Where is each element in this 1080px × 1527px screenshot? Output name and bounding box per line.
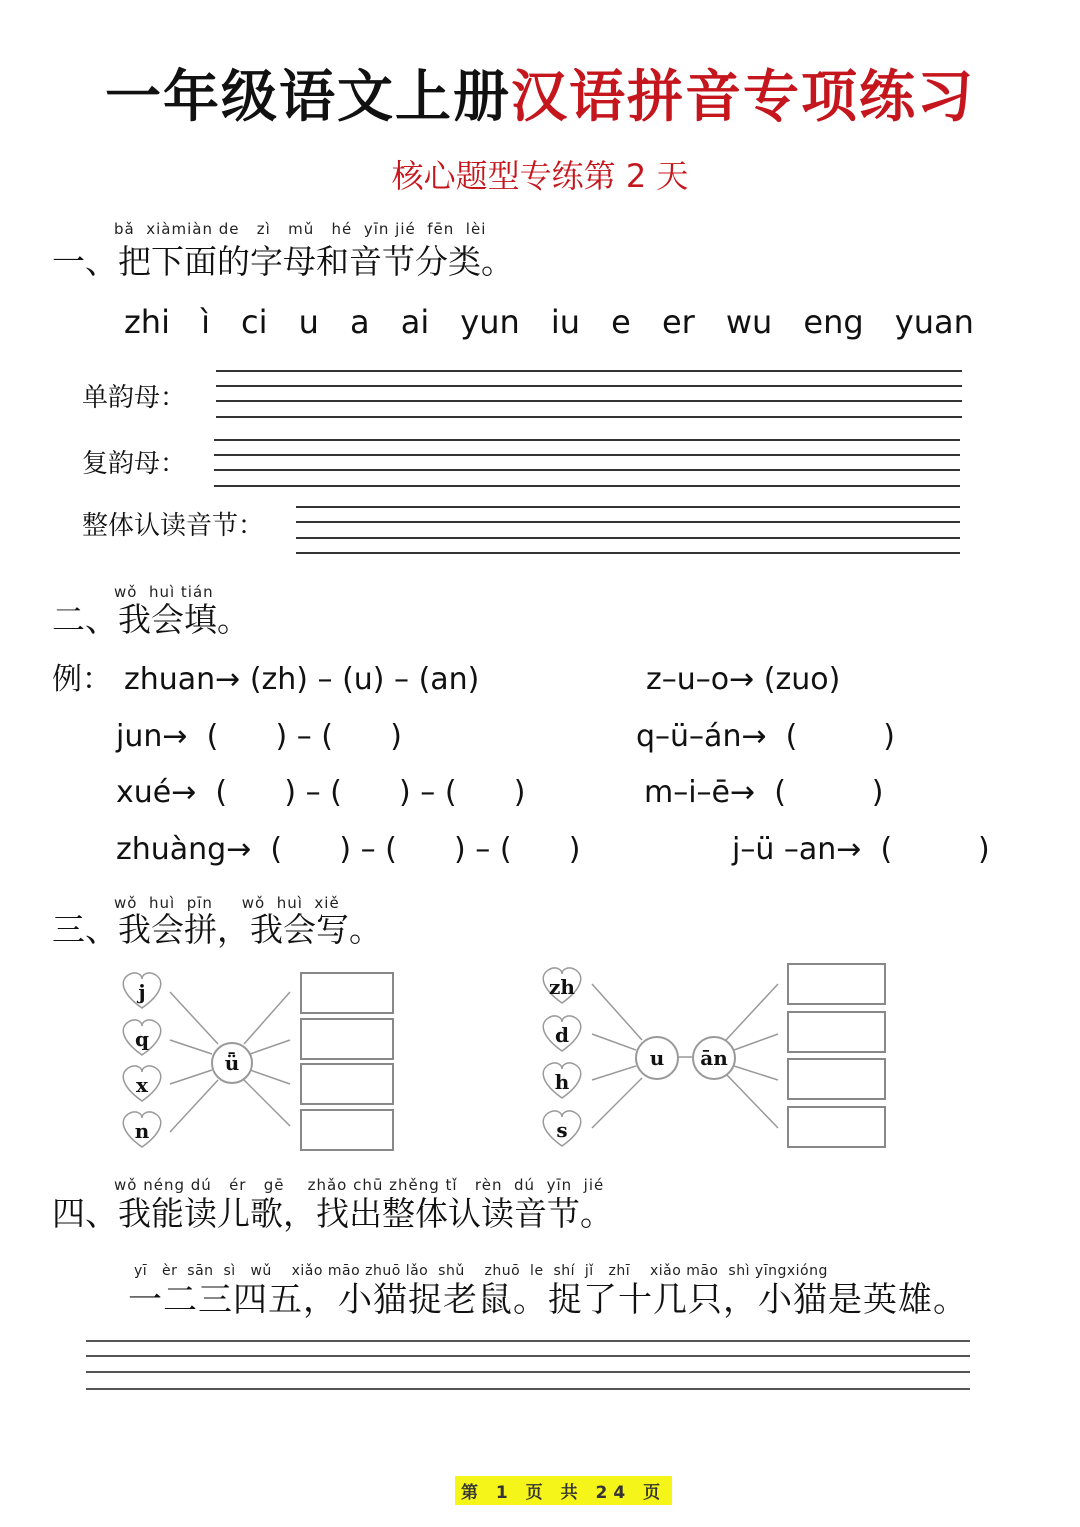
medial-node-u: u xyxy=(635,1036,679,1080)
answer-box-left-4[interactable] xyxy=(300,1109,394,1151)
heart-initial-h: h xyxy=(542,1064,582,1104)
page-indicator: 第 1 页 共 24 页 xyxy=(455,1476,672,1505)
answer-box-right-2[interactable] xyxy=(787,1011,886,1053)
heart-initial-q: q xyxy=(122,1021,162,1061)
final-node-an: ān xyxy=(692,1036,736,1080)
answer-box-left-1[interactable] xyxy=(300,972,394,1014)
heart-initial-j: j xyxy=(122,974,162,1014)
answer-box-left-2[interactable] xyxy=(300,1018,394,1060)
heart-initial-d: d xyxy=(542,1017,582,1057)
answer-box-left-3[interactable] xyxy=(300,1063,394,1105)
poem-text: 一二三四五，小猫捉老鼠。捉了十几只，小猫是英雄。 xyxy=(128,1280,968,1320)
poem-pinyin: yī èr sān sì wǔ xiǎo māo zhuō lǎo shǔ zh… xyxy=(134,1262,828,1280)
answer-box-right-1[interactable] xyxy=(787,963,886,1005)
heart-initial-n: n xyxy=(122,1113,162,1153)
heart-initial-s: s xyxy=(542,1112,582,1152)
answer-box-right-4[interactable] xyxy=(787,1106,886,1148)
heart-initial-zh: zh xyxy=(542,969,582,1009)
center-node-u-umlaut: ǖ xyxy=(211,1042,253,1084)
heart-initial-x: x xyxy=(122,1067,162,1107)
answer-box-right-3[interactable] xyxy=(787,1058,886,1100)
section4-pinyin: wǒ néng dú ér gē zhǎo chū zhěng tǐ rèn d… xyxy=(114,1176,604,1194)
section4-heading: 四、我能读儿歌，找出整体认读音节。 xyxy=(52,1194,613,1234)
